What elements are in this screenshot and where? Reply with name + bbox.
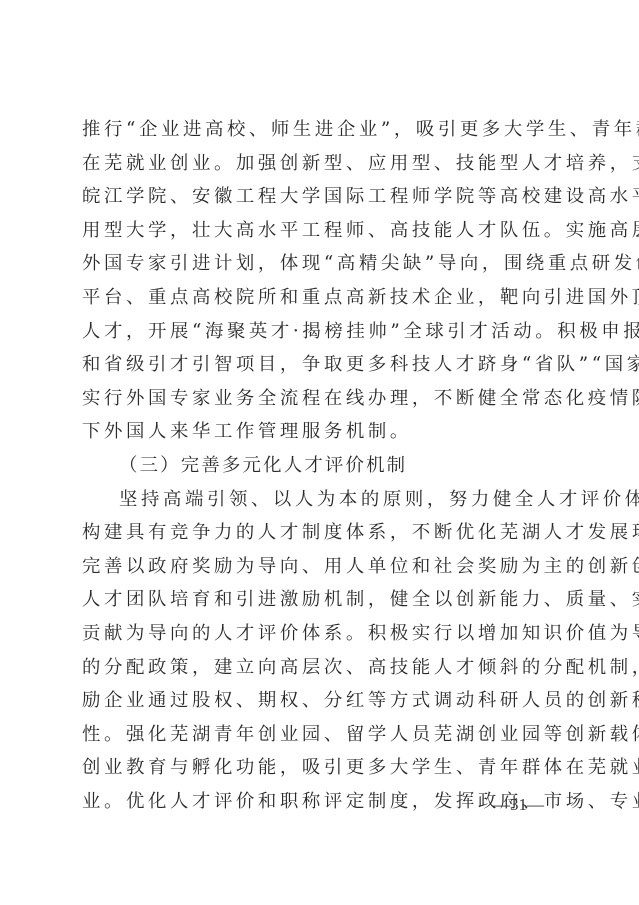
text-line: 平台、重点高校院所和重点高新技术企业，靶向引进国外顶尖: [82, 281, 558, 315]
text-line: 坚持高端引领、以人为本的原则，努力健全人才评价体系。: [82, 483, 558, 517]
text-line: 构建具有竞争力的人才制度体系，不断优化芜湖人才发展环境，: [82, 516, 558, 550]
text-line: 人才，开展“海聚英才·揭榜挂帅”全球引才活动。积极申报国家: [82, 315, 558, 349]
text-line: 的分配政策，建立向高层次、高技能人才倾斜的分配机制，鼓: [82, 651, 558, 685]
text-line: 推行“企业进高校、师生进企业”，吸引更多大学生、青年群体: [82, 113, 558, 147]
page-number: —31—: [493, 795, 544, 815]
text-line: 人才团队培育和引进激励机制，健全以创新能力、质量、实效、: [82, 583, 558, 617]
text-line: 励企业通过股权、期权、分红等方式调动科研人员的创新积极: [82, 684, 558, 718]
text-line: 实行外国专家业务全流程在线办理，不断健全常态化疫情防控: [82, 382, 558, 416]
text-line: 业。优化人才评价和职称评定制度，发挥政府、市场、专业组: [82, 785, 558, 819]
text-line: 创业教育与孵化功能，吸引更多大学生、青年群体在芜就业创: [82, 751, 558, 785]
text-line: 和省级引才引智项目，争取更多科技人才跻身“省队”“国家队”。: [82, 348, 558, 382]
text-line: 贡献为导向的人才评价体系。积极实行以增加知识价值为导向: [82, 617, 558, 651]
text-line: 下外国人来华工作管理服务机制。: [82, 415, 558, 449]
text-line: 外国专家引进计划，体现“高精尖缺”导向，围绕重点研发创新: [82, 247, 558, 281]
text-line: 皖江学院、安徽工程大学国际工程师学院等高校建设高水平应: [82, 180, 558, 214]
section-heading: （三）完善多元化人才评价机制: [82, 449, 558, 483]
text-line: 完善以政府奖励为导向、用人单位和社会奖励为主的创新创业: [82, 550, 558, 584]
document-page: 推行“企业进高校、师生进企业”，吸引更多大学生、青年群体 在芜就业创业。加强创新…: [82, 113, 558, 818]
text-line: 在芜就业创业。加强创新型、应用型、技能型人才培养，支持: [82, 147, 558, 181]
text-line: 性。强化芜湖青年创业园、留学人员芜湖创业园等创新载体的: [82, 718, 558, 752]
text-line: 用型大学，壮大高水平工程师、高技能人才队伍。实施高层次: [82, 214, 558, 248]
